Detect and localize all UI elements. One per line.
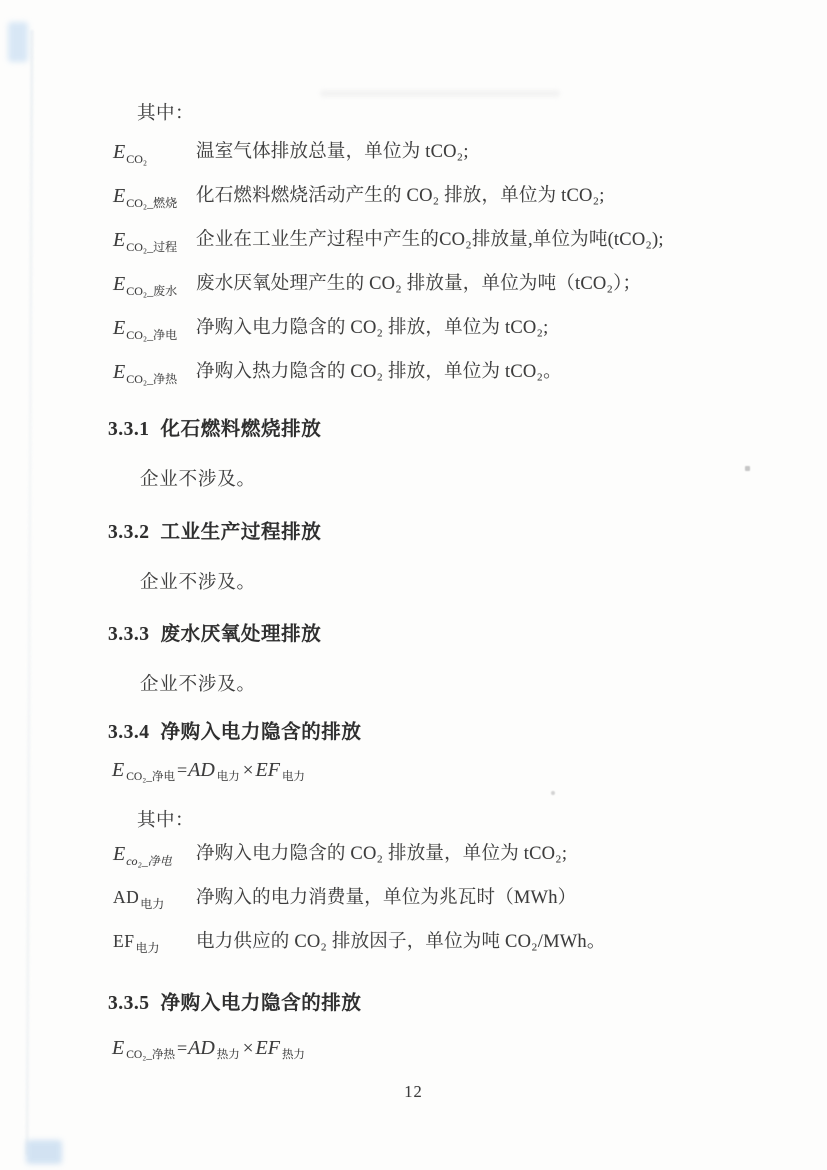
term-symbol: ECO₂_燃烧 — [113, 185, 196, 211]
term-description: 净购入热力隐含的 CO₂ 排放，单位为 tCO₂。 — [196, 361, 562, 384]
term-base: E — [113, 229, 125, 251]
block1-lead: 其中： — [137, 99, 194, 125]
section-number: 3.3.1 — [108, 419, 150, 440]
section-title: 工业生产过程排放 — [161, 522, 322, 543]
term-symbol: ECO₂_净热 — [113, 361, 196, 387]
term-symbol: ECO₂_废水 — [113, 273, 196, 299]
scan-smudge-bottom — [26, 1140, 62, 1164]
formula-e-subscript: CO₂_净电 — [126, 771, 175, 783]
formula-334: ECO₂_净电=AD电力×EF电力 — [112, 759, 306, 784]
term-description: 净购入电力隐含的 CO₂ 排放，单位为 tCO₂; — [196, 317, 548, 340]
section-heading-334: 3.3.4净购入电力隐含的排放 — [108, 716, 362, 744]
term-description: 企业在工业生产过程中产生的CO₂排放量,单位为吨(tCO₂); — [196, 229, 664, 252]
section-number: 3.3.4 — [108, 722, 150, 743]
section-title: 化石燃料燃烧排放 — [161, 419, 322, 440]
term-subscript: CO₂_净热 — [126, 372, 177, 386]
page-number: 12 — [0, 1082, 827, 1102]
term-description: 电力供应的 CO₂ 排放因子，单位为吨 CO₂/MWh。 — [196, 931, 606, 954]
formula-ad: AD — [188, 1037, 215, 1059]
term-description: 废水厌氧处理产生的 CO₂ 排放量，单位为吨（tCO₂）； — [196, 273, 641, 296]
term-symbol: Eco₂_净电 — [113, 843, 196, 869]
formula-e: E — [112, 759, 124, 781]
term-base: E — [113, 185, 125, 207]
section-number: 3.3.5 — [108, 993, 150, 1014]
term-base: EF — [113, 931, 134, 951]
term-description: 化石燃料燃烧活动产生的 CO₂ 排放，单位为 tCO₂; — [196, 185, 605, 208]
definition-row: EF电力 电力供应的 CO₂ 排放因子，单位为吨 CO₂/MWh。 — [113, 931, 791, 956]
multiply-sign: × — [243, 1038, 254, 1059]
formula-ad-subscript: 热力 — [217, 1049, 240, 1061]
scan-speck — [551, 791, 555, 795]
formula-335: ECO₂_净热=AD热力×EF热力 — [112, 1037, 306, 1062]
section-body-333: 企业不涉及。 — [140, 670, 256, 696]
term-description: 净购入的电力消费量，单位为兆瓦时（MWh） — [196, 887, 576, 910]
section-number: 3.3.2 — [108, 522, 150, 543]
scan-speck — [745, 466, 750, 471]
formula-ef-subscript: 电力 — [282, 771, 305, 783]
term-base: E — [113, 317, 125, 339]
formula-ad: AD — [188, 759, 215, 781]
formula-ef: EF — [256, 1037, 280, 1059]
section-heading-332: 3.3.2工业生产过程排放 — [108, 516, 321, 544]
term-subscript: CO₂_净电 — [126, 328, 177, 342]
section-title: 净购入电力隐含的排放 — [161, 993, 362, 1014]
formula-e: E — [112, 1037, 124, 1059]
equals-sign: = — [177, 760, 187, 780]
term-subscript: 电力 — [140, 897, 164, 911]
term-base: E — [113, 843, 125, 865]
term-base: E — [113, 141, 125, 163]
formula-ef-subscript: 热力 — [282, 1049, 305, 1061]
definition-row: ECO₂_废水 废水厌氧处理产生的 CO₂ 排放量，单位为吨（tCO₂）； — [113, 273, 791, 299]
scan-edge-line — [26, 30, 34, 1155]
term-description: 净购入电力隐含的 CO₂ 排放量，单位为 tCO₂; — [196, 843, 567, 866]
term-symbol: EF电力 — [113, 931, 196, 956]
equals-sign: = — [177, 1038, 187, 1058]
scan-smudge-top — [8, 22, 28, 62]
term-subscript: CO₂_过程 — [126, 240, 177, 254]
term-symbol: ECO₂ — [113, 141, 196, 167]
term-base: E — [113, 361, 125, 383]
definition-row: ECO₂_净电 净购入电力隐含的 CO₂ 排放，单位为 tCO₂; — [113, 317, 791, 343]
section-title: 废水厌氧处理排放 — [161, 624, 322, 645]
section-heading-333: 3.3.3废水厌氧处理排放 — [108, 618, 321, 646]
formula-ef: EF — [256, 759, 280, 781]
section-title: 净购入电力隐含的排放 — [161, 722, 362, 743]
section-number: 3.3.3 — [108, 624, 150, 645]
term-subscript: 电力 — [135, 941, 159, 955]
term-subscript: CO₂ — [126, 152, 147, 166]
definition-row: ECO₂_净热 净购入热力隐含的 CO₂ 排放，单位为 tCO₂。 — [113, 361, 791, 387]
formula-e-subscript: CO₂_净热 — [126, 1049, 175, 1061]
section-body-331: 企业不涉及。 — [140, 465, 256, 491]
term-description: 温室气体排放总量，单位为 tCO₂; — [196, 141, 469, 164]
section-body-332: 企业不涉及。 — [140, 568, 256, 594]
definition-row: ECO₂_燃烧 化石燃料燃烧活动产生的 CO₂ 排放，单位为 tCO₂; — [113, 185, 791, 211]
scan-wisp — [320, 90, 560, 97]
term-base: AD — [113, 887, 139, 907]
multiply-sign: × — [243, 760, 254, 781]
definition-row: Eco₂_净电 净购入电力隐含的 CO₂ 排放量，单位为 tCO₂; — [113, 843, 791, 869]
term-subscript: CO₂_废水 — [126, 284, 177, 298]
section-heading-331: 3.3.1化石燃料燃烧排放 — [108, 413, 321, 441]
document-page: 其中： ECO₂ 温室气体排放总量，单位为 tCO₂; ECO₂_燃烧 化石燃料… — [0, 0, 827, 1170]
block2-lead: 其中： — [137, 806, 194, 832]
formula-ad-subscript: 电力 — [217, 771, 240, 783]
definition-row: ECO₂ 温室气体排放总量，单位为 tCO₂; — [113, 141, 791, 167]
term-subscript: CO₂_燃烧 — [126, 196, 177, 210]
definition-row: AD电力 净购入的电力消费量，单位为兆瓦时（MWh） — [113, 887, 791, 912]
section-heading-335: 3.3.5净购入电力隐含的排放 — [108, 987, 362, 1015]
term-symbol: AD电力 — [113, 887, 196, 912]
term-symbol: ECO₂_净电 — [113, 317, 196, 343]
definition-row: ECO₂_过程 企业在工业生产过程中产生的CO₂排放量,单位为吨(tCO₂); — [113, 229, 791, 255]
term-symbol: ECO₂_过程 — [113, 229, 196, 255]
term-base: E — [113, 273, 125, 295]
term-subscript: co₂_净电 — [126, 854, 172, 868]
